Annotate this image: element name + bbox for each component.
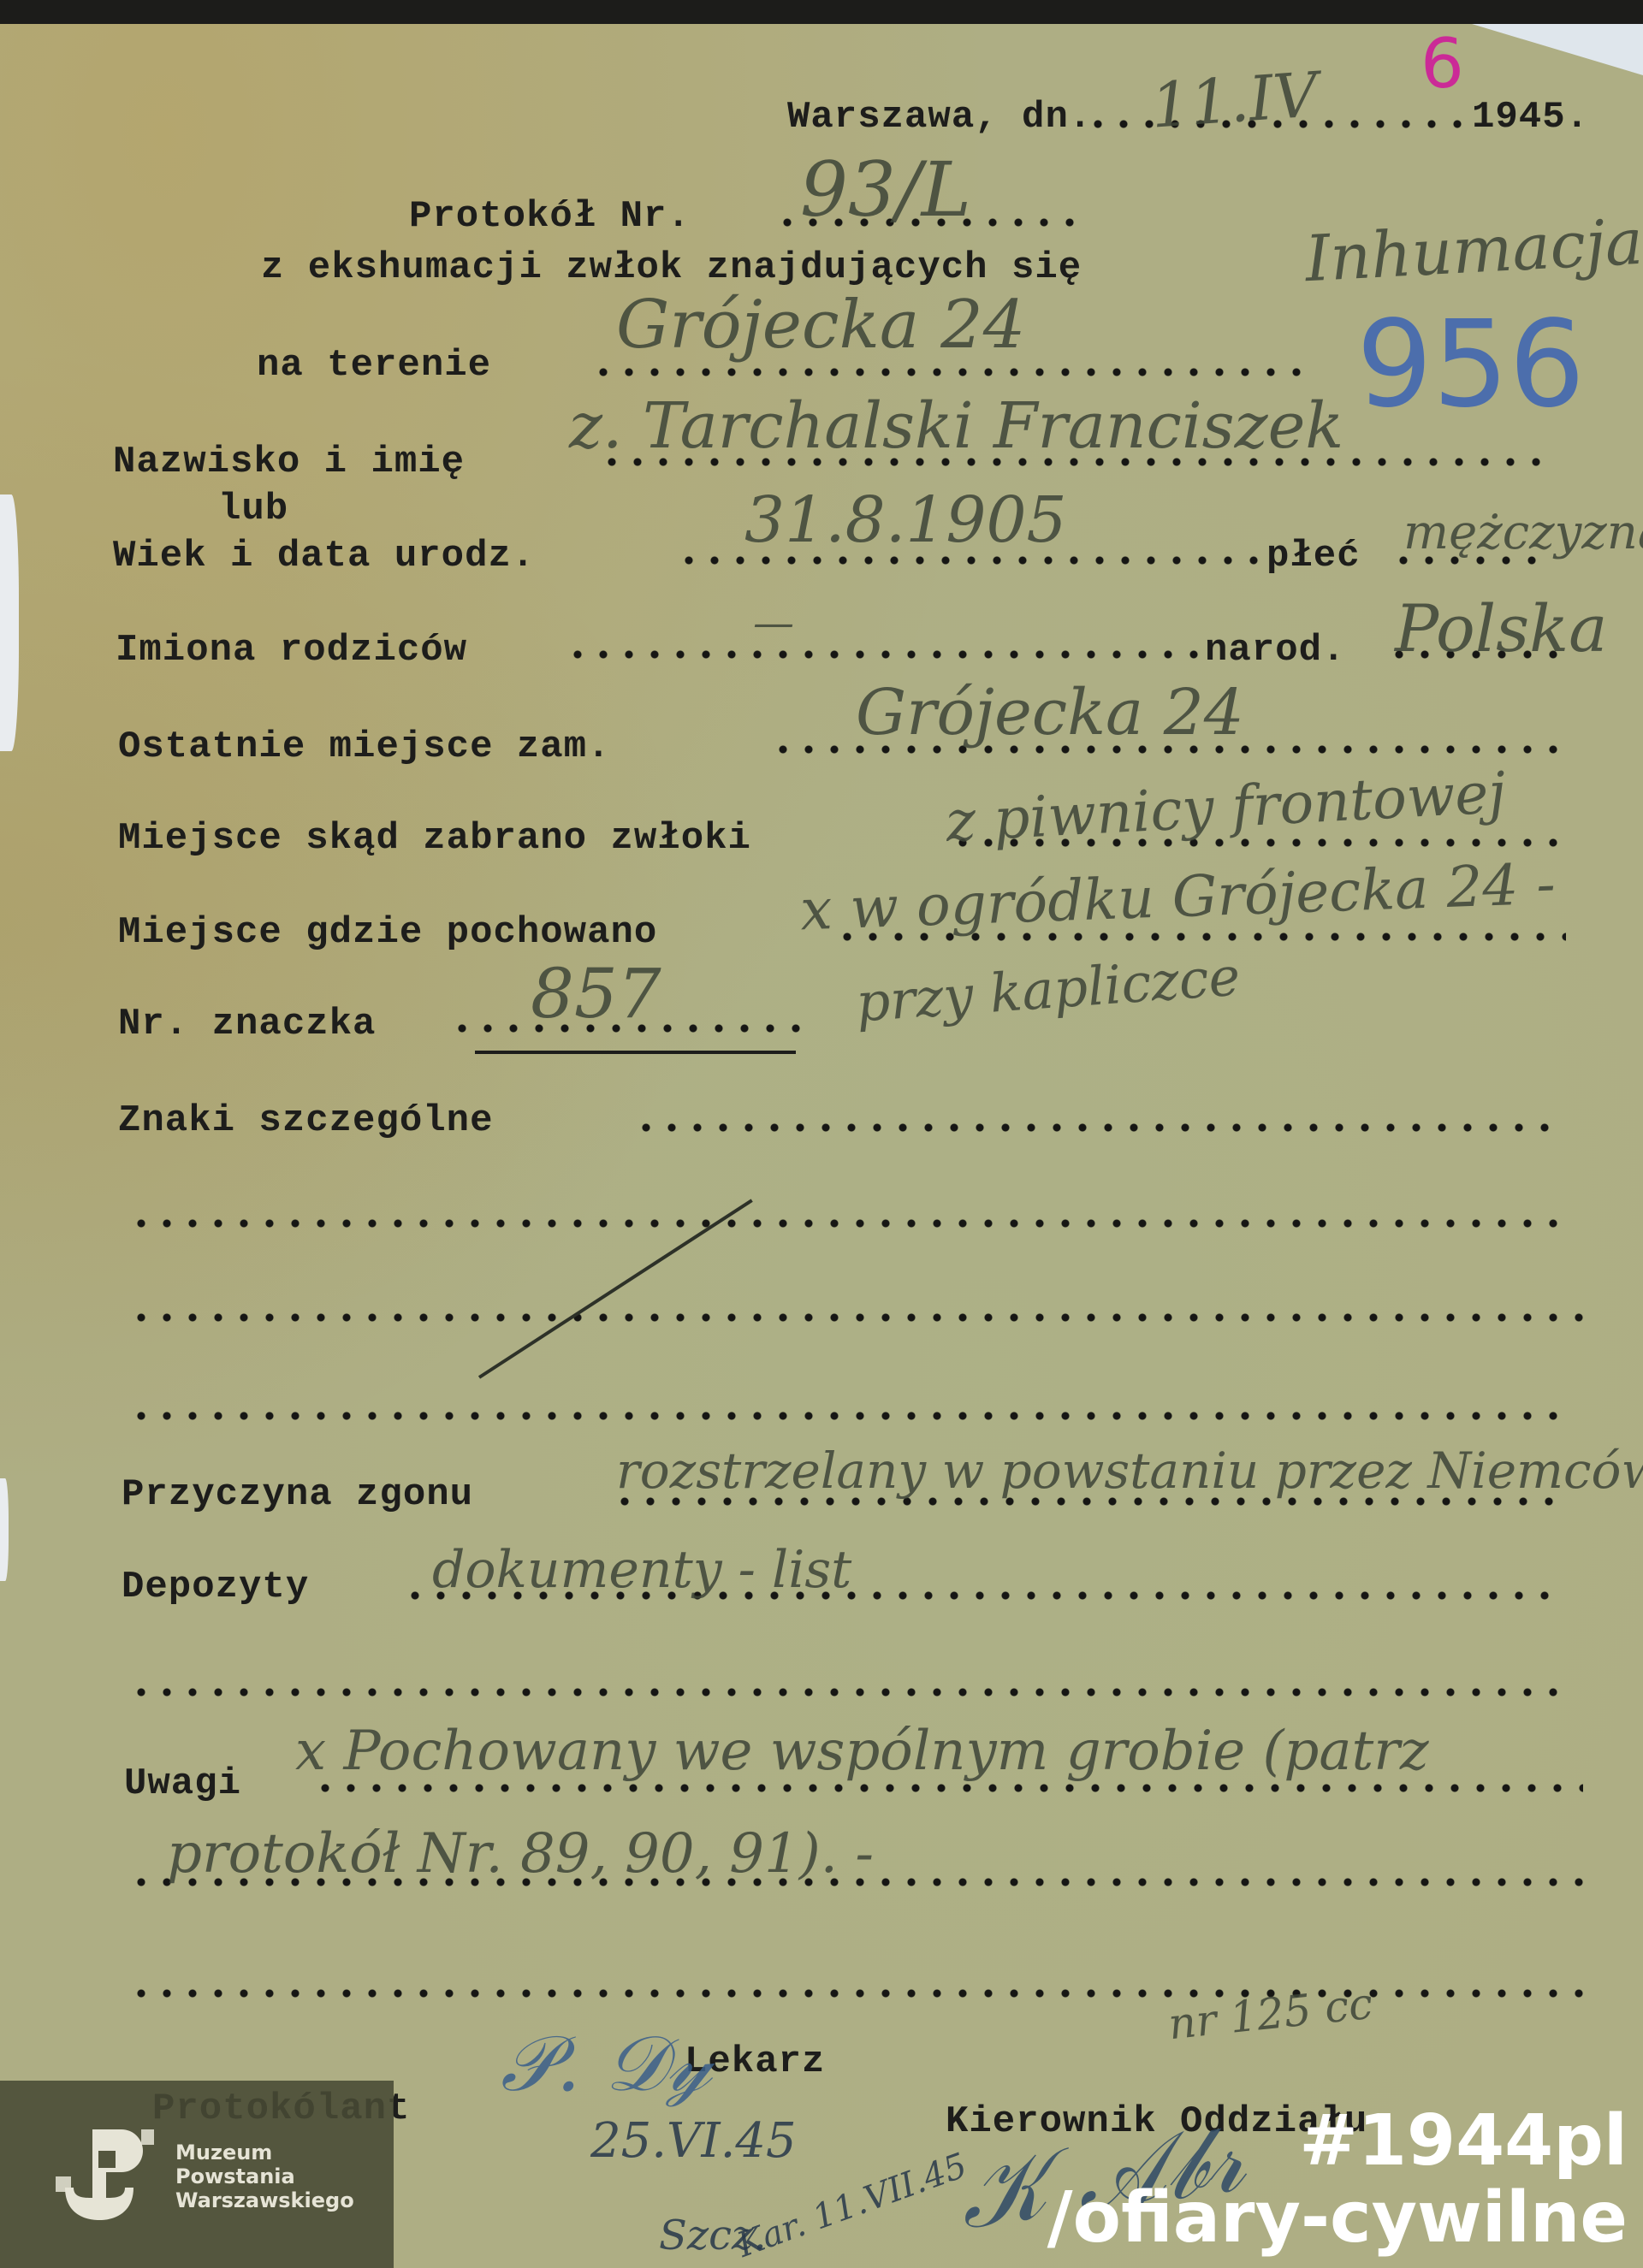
taken-from-label: Miejsce skąd zabrano zwłoki <box>118 817 751 860</box>
tag-underline <box>475 1051 796 1054</box>
marks-dotted-line <box>633 1119 1562 1136</box>
marks-label: Znaki szczególne <box>118 1099 493 1142</box>
protocol-number: 93/L <box>800 145 971 234</box>
parents-label: Imiona rodziców <box>116 629 467 672</box>
hashtag-watermark: #1944pl <box>1299 2100 1628 2182</box>
age-label: Wiek i data urodz. <box>113 535 535 577</box>
parents-dotted-line <box>565 646 1202 663</box>
museum-name: Muzeum Powstania Warszawskiego <box>175 2141 354 2212</box>
sex-label: płeć <box>1266 535 1361 577</box>
age-value: 31.8.1905 <box>744 483 1067 557</box>
blue-number: 956 <box>1356 295 1585 435</box>
cause-label: Przyczyna zgonu <box>122 1473 473 1516</box>
anchor-logo-icon <box>51 2125 154 2236</box>
cause-value: rozstrzelany w powstaniu przez Niemców <box>616 1442 1643 1500</box>
marks-dotted-line-3 <box>128 1309 1583 1326</box>
remarks-label: Uwagi <box>124 1762 241 1805</box>
hashtag-path-watermark: /ofiary-cywilne <box>1047 2177 1628 2259</box>
tag-label: Nr. znaczka <box>118 1003 376 1045</box>
area-dotted-line <box>590 364 1301 381</box>
torn-edge <box>0 1478 9 1581</box>
marks-dotted-line-4 <box>128 1407 1562 1424</box>
subtitle: z ekshumacji zwłok znajdujących się <box>261 246 1082 289</box>
nationality-value: Polska <box>1395 590 1607 666</box>
area-value: Grójecka 24 <box>616 287 1025 364</box>
buried-label: Miejsce gdzie pochowano <box>118 911 657 954</box>
note-date-1: 25.VI.45 <box>590 2113 797 2169</box>
last-residence-label: Ostatnie miejsce zam. <box>118 725 611 768</box>
note-initials: Szcz. <box>659 2212 767 2259</box>
parents-value: — <box>753 599 794 647</box>
name-label: Nazwisko i imię <box>113 441 465 483</box>
torn-edge <box>0 494 19 751</box>
last-residence-value: Grójecka 24 <box>856 676 1244 749</box>
torn-corner <box>1472 24 1643 75</box>
date-handwritten: 11.IV <box>1148 58 1320 141</box>
remarks-value: x Pochowany we wspólnym grobie (patrz <box>295 1720 1429 1783</box>
nationality-label: narod. <box>1205 629 1345 672</box>
protocol-label: Protokół Nr. <box>409 195 691 238</box>
deposits-dotted-line-2 <box>128 1684 1562 1701</box>
museum-watermark: Muzeum Powstania Warszawskiego <box>0 2081 394 2268</box>
corner-number: 6 <box>1421 24 1464 104</box>
tag-value: 857 <box>531 954 661 1033</box>
area-label: na terenie <box>257 344 491 387</box>
marks-dotted-line-2 <box>128 1215 1562 1232</box>
deposits-label: Depozyty <box>122 1566 309 1608</box>
remarks-value-line2: protokół Nr. 89, 90, 91). - <box>167 1822 874 1886</box>
deposits-value: dokumenty - list <box>432 1540 851 1600</box>
lub-label: lub <box>218 488 288 530</box>
name-value: z. Tarchalski Franciszek <box>569 389 1343 463</box>
place-label: Warszawa, dn. <box>787 96 1092 139</box>
doctor-signature: 𝒫. 𝒟𝓎 <box>501 2019 711 2110</box>
year: 1945. <box>1472 96 1589 139</box>
sex-value: mężczyzna <box>1403 505 1643 560</box>
